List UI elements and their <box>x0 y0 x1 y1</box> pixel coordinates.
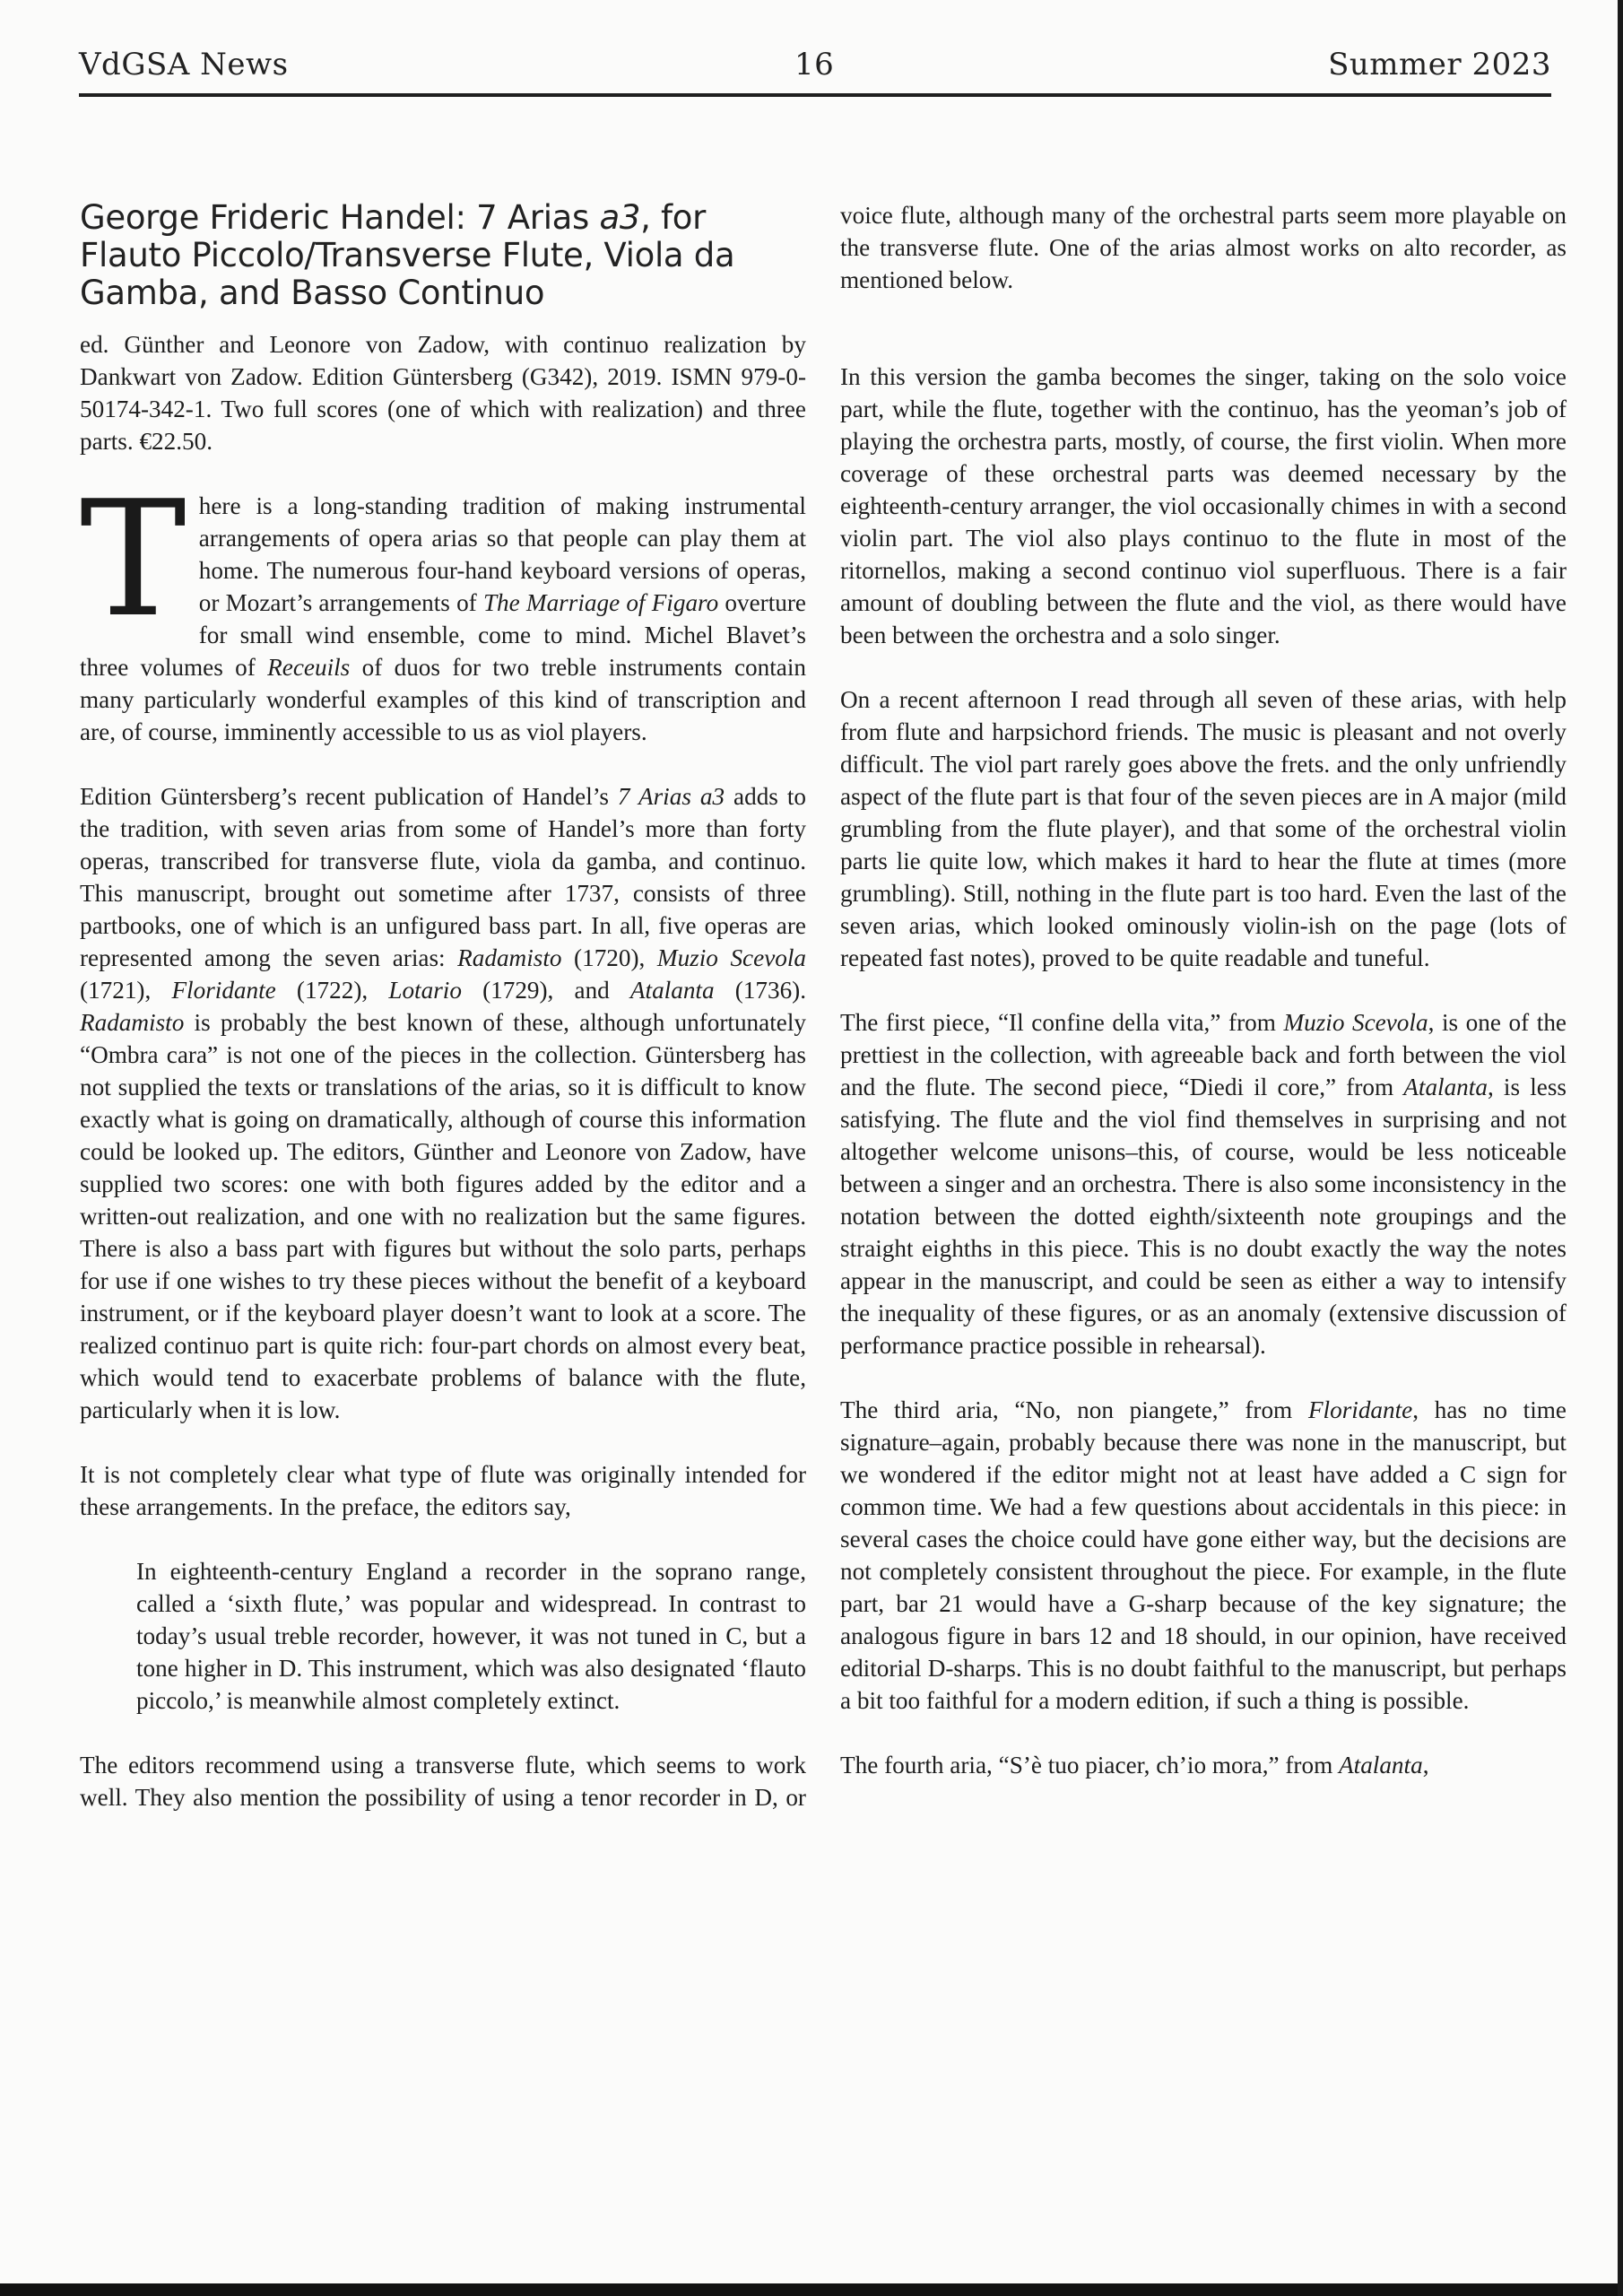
italic-title: Floridante <box>1308 1396 1412 1423</box>
italic-title: Lotario <box>388 977 462 1004</box>
text: Edition Güntersberg’s recent publication… <box>80 783 618 810</box>
italic-title: The Marriage of Figaro <box>483 589 718 616</box>
header-rule <box>79 93 1551 97</box>
running-header: VdGSA News 16 Summer 2023 <box>79 47 1551 91</box>
text: is probably the best known of these, alt… <box>80 1009 806 1423</box>
italic-title: Muzio Scevola <box>657 944 806 971</box>
paragraph-publication: Edition Güntersberg’s recent publication… <box>80 780 806 1426</box>
italic-title: Floridante <box>171 977 275 1004</box>
italic-title: Muzio Scevola <box>1283 1009 1428 1036</box>
italic-title: Atalanta <box>1339 1752 1423 1779</box>
text: (1721), <box>80 977 171 1004</box>
newsletter-page: VdGSA News 16 Summer 2023 George Frideri… <box>0 0 1618 2283</box>
article-title: George Frideric Handel: 7 Arias a3, for … <box>80 199 806 312</box>
publication-name: VdGSA News <box>79 47 289 83</box>
italic-title: Radamisto <box>457 944 561 971</box>
column-right: The editors recommend using a transverse… <box>840 199 1567 1781</box>
page-number: 16 <box>794 47 834 83</box>
paragraph-intro: There is a long-standing tradition of ma… <box>80 490 806 748</box>
text: adds to the tradition, with seven arias … <box>80 783 806 971</box>
text: The editors recommend using a transverse… <box>840 199 1567 296</box>
review-citation: ed. Günther and Leonore von Zadow, with … <box>80 328 806 457</box>
italic-title: Receuils <box>267 654 350 681</box>
text: The fourth aria, “S’è tuo piacer, ch’io … <box>840 1752 1339 1779</box>
text: , has no time signature–again, probably … <box>840 1396 1567 1714</box>
text: The first piece, “Il confine della vita,… <box>840 1009 1283 1036</box>
italic-title: Atalanta <box>1403 1074 1488 1100</box>
paragraph-recommendation-cont: The editors recommend using a transverse… <box>840 199 1567 328</box>
italic-title: Radamisto <box>80 1009 184 1036</box>
text: , <box>1423 1752 1429 1779</box>
text: (1736). <box>715 977 806 1004</box>
text: (1729), and <box>462 977 630 1004</box>
issue-date: Summer 2023 <box>1328 47 1551 83</box>
paragraph-recommendation: The editors recommend using a transverse… <box>80 1749 806 1813</box>
text: (1720), <box>561 944 656 971</box>
paragraph-reading: On a recent afternoon I read through all… <box>840 683 1567 974</box>
italic-title: 7 Arias a3 <box>618 783 725 810</box>
scan-edge <box>1618 0 1623 2296</box>
paragraph-first-second-arias: The first piece, “Il confine della vita,… <box>840 1006 1567 1361</box>
text: (1722), <box>276 977 389 1004</box>
title-text: George Frideric Handel: 7 Arias <box>80 198 600 237</box>
text: , is less satisfying. The flute and the … <box>840 1074 1567 1359</box>
paragraph-gamba-role: In this version the gamba becomes the si… <box>840 361 1567 651</box>
italic-title: Atalanta <box>630 977 715 1004</box>
drop-cap: T <box>80 495 187 630</box>
text: The third aria, “No, non piangete,” from <box>840 1396 1308 1423</box>
title-italic: a3 <box>600 198 641 237</box>
paragraph-third-aria: The third aria, “No, non piangete,” from… <box>840 1394 1567 1717</box>
paragraph-fourth-aria: The fourth aria, “S’è tuo piacer, ch’io … <box>840 1749 1567 1781</box>
paragraph-flute-type: It is not completely clear what type of … <box>80 1458 806 1523</box>
block-quote: In eighteenth-century England a recorder… <box>80 1555 806 1717</box>
column-left: George Frideric Handel: 7 Arias a3, for … <box>80 199 806 1813</box>
